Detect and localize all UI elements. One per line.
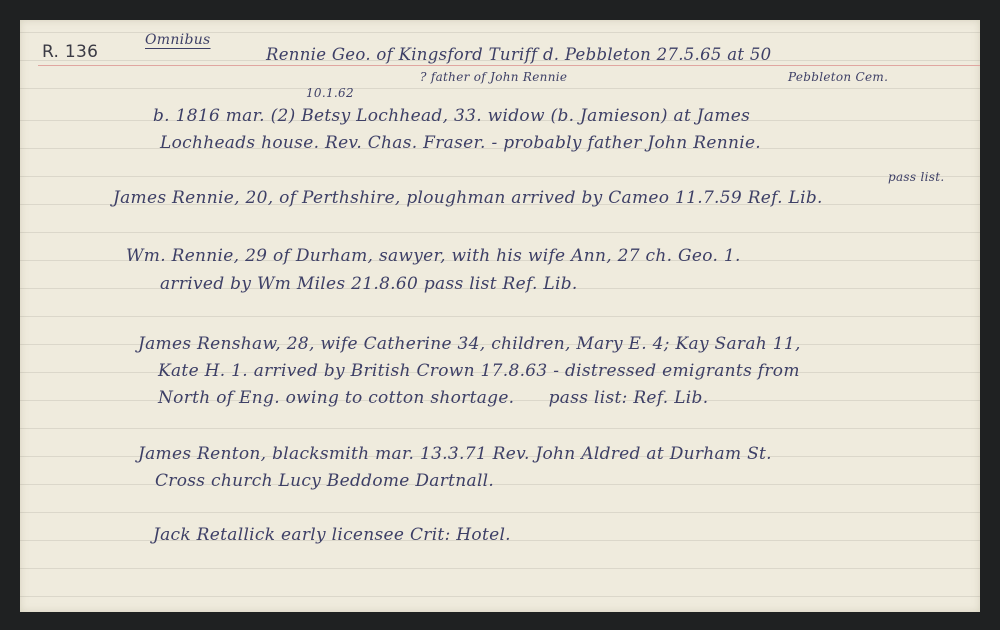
header-line: Rennie Geo. of Kingsford Turiff d. Pebbl… xyxy=(266,45,771,64)
entry-line: Cross church Lucy Beddome Dartnall. xyxy=(155,471,494,491)
entry-line: Wm. Rennie, 29 of Durham, sawyer, with h… xyxy=(126,246,741,266)
entry-line: Jack Retallick early licensee Crit: Hote… xyxy=(153,525,511,545)
header-note-right: Pebbleton Cem. xyxy=(788,70,888,84)
entry-line: James Rennie, 20, of Perthshire, ploughm… xyxy=(113,188,823,208)
header-note-left: ? father of John Rennie xyxy=(420,70,567,84)
card-category: Omnibus xyxy=(145,32,211,48)
entry-line: James Renshaw, 28, wife Catherine 34, ch… xyxy=(138,334,801,354)
entry-line: James Renton, blacksmith mar. 13.3.71 Re… xyxy=(138,444,772,464)
entry-line: North of Eng. owing to cotton shortage. … xyxy=(158,388,708,408)
entry-annotation: pass list. xyxy=(888,170,944,184)
entry-line: Lochheads house. Rev. Chas. Fraser. - pr… xyxy=(160,133,761,153)
index-card: R. 136 Omnibus Rennie Geo. of Kingsford … xyxy=(20,20,980,612)
entry-line: Kate H. 1. arrived by British Crown 17.8… xyxy=(158,361,800,381)
red-ruled-line xyxy=(38,65,980,66)
card-reference: R. 136 xyxy=(42,42,98,62)
entry-annotation: 10.1.62 xyxy=(306,86,354,100)
entry-line: b. 1816 mar. (2) Betsy Lochhead, 33. wid… xyxy=(153,106,750,126)
entry-line: arrived by Wm Miles 21.8.60 pass list Re… xyxy=(160,274,578,294)
